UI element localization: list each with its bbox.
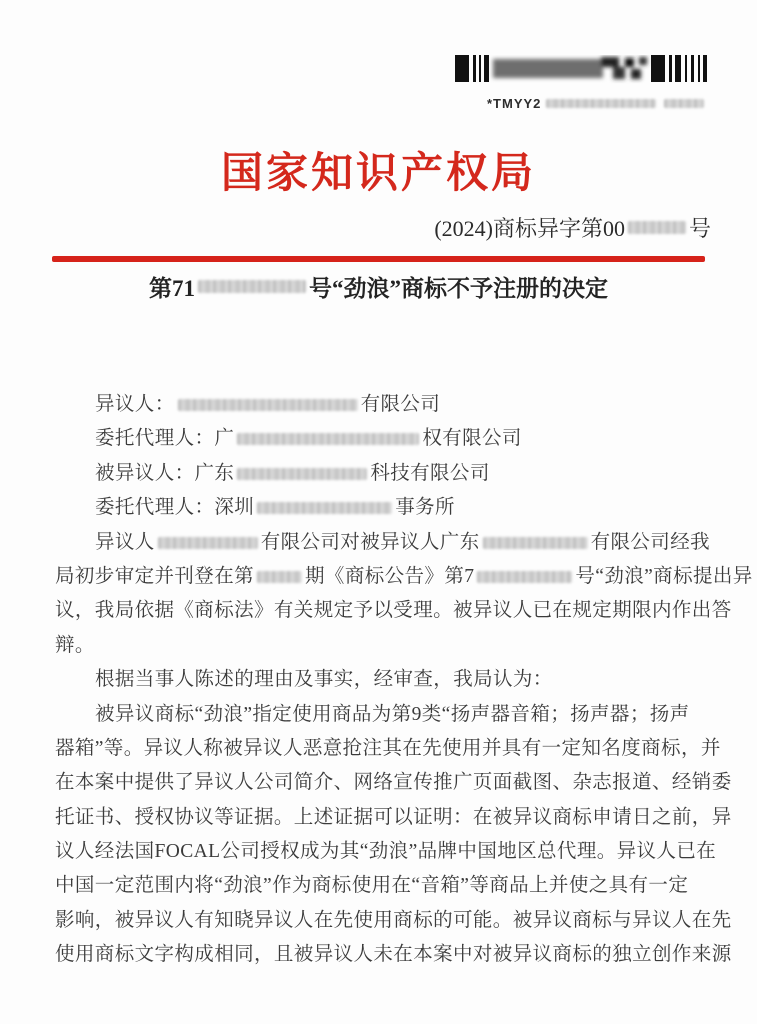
body-line: 议人经法国FOCAL公司授权成为其“劲浪”品牌中国地区总代理。异议人已在 xyxy=(55,835,705,869)
body-text: 异议人：有限公司委托代理人：广权有限公司被异议人：广东科技有限公司委托代理人：深… xyxy=(55,388,705,973)
redacted-text xyxy=(483,537,588,549)
redacted-text xyxy=(237,433,419,445)
redacted-text xyxy=(178,399,358,411)
body-line: 中国一定范围内将“劲浪”作为商标使用在“音箱”等商品上并使之具有一定 xyxy=(55,869,705,903)
redacted-barcode-number xyxy=(664,99,704,108)
body-line: 委托代理人：深圳事务所 xyxy=(55,491,705,525)
body-line: 委托代理人：广权有限公司 xyxy=(55,422,705,456)
agency-title: 国家知识产权局 xyxy=(0,140,757,200)
body-line: 根据当事人陈述的理由及事实，经审查，我局认为： xyxy=(55,663,705,697)
decision-heading: 第71 号“劲浪”商标不予注册的决定 xyxy=(0,270,757,303)
body-line: 托证书、授权协议等证据。上述证据可以证明：在被异议商标申请日之前，异 xyxy=(55,801,705,835)
decision-heading-prefix: 第71 xyxy=(149,270,195,303)
red-divider-line xyxy=(52,256,705,262)
barcode-icon xyxy=(455,55,707,89)
body-line: 局初步审定并刊登在第期《商标公告》第7号“劲浪”商标提出异 xyxy=(55,560,705,594)
redacted-text xyxy=(257,502,392,514)
redacted-text xyxy=(477,571,572,583)
barcode-block: *TMYY2 xyxy=(455,55,707,111)
body-line: 辩。 xyxy=(55,629,705,663)
body-line: 异议人有限公司对被异议人广东有限公司经我 xyxy=(55,526,705,560)
body-line: 器箱”等。异议人称被异议人恶意抢注其在先使用并具有一定知名度商标，并 xyxy=(55,732,705,766)
body-line: 影响，被异议人有知晓异议人在先使用商标的可能。被异议商标与异议人在先 xyxy=(55,904,705,938)
redacted-text xyxy=(237,468,367,480)
body-line: 异议人：有限公司 xyxy=(55,388,705,422)
redacted-trademark-number xyxy=(198,280,306,293)
redacted-barcode-number xyxy=(546,99,656,108)
body-line: 在本案中提供了异议人公司简介、网络宣传推广页面截图、杂志报道、经销委 xyxy=(55,766,705,800)
redacted-text xyxy=(257,571,302,583)
decision-heading-suffix: 号“劲浪”商标不予注册的决定 xyxy=(309,270,608,303)
body-line: 议，我局依据《商标法》有关规定予以受理。被异议人已在规定期限内作出答 xyxy=(55,594,705,628)
body-line: 被异议商标“劲浪”指定使用商品为第9类“扬声器音箱；扬声器；扬声 xyxy=(55,698,705,732)
redacted-doc-number xyxy=(628,221,686,234)
doc-number-suffix: 号 xyxy=(689,212,711,243)
body-line: 被异议人：广东科技有限公司 xyxy=(55,457,705,491)
document-page: *TMYY2 国家知识产权局 (2024)商标异字第00 号 第71 号“劲浪”… xyxy=(0,0,757,1024)
doc-number-prefix: (2024)商标异字第00 xyxy=(434,212,625,243)
doc-number: (2024)商标异字第00 号 xyxy=(434,212,711,243)
body-line: 使用商标文字构成相同，且被异议人未在本案中对被异议商标的独立创作来源 xyxy=(55,938,705,972)
redacted-text xyxy=(158,537,258,549)
barcode-label: *TMYY2 xyxy=(455,96,707,111)
barcode-label-text: *TMYY2 xyxy=(487,96,541,111)
